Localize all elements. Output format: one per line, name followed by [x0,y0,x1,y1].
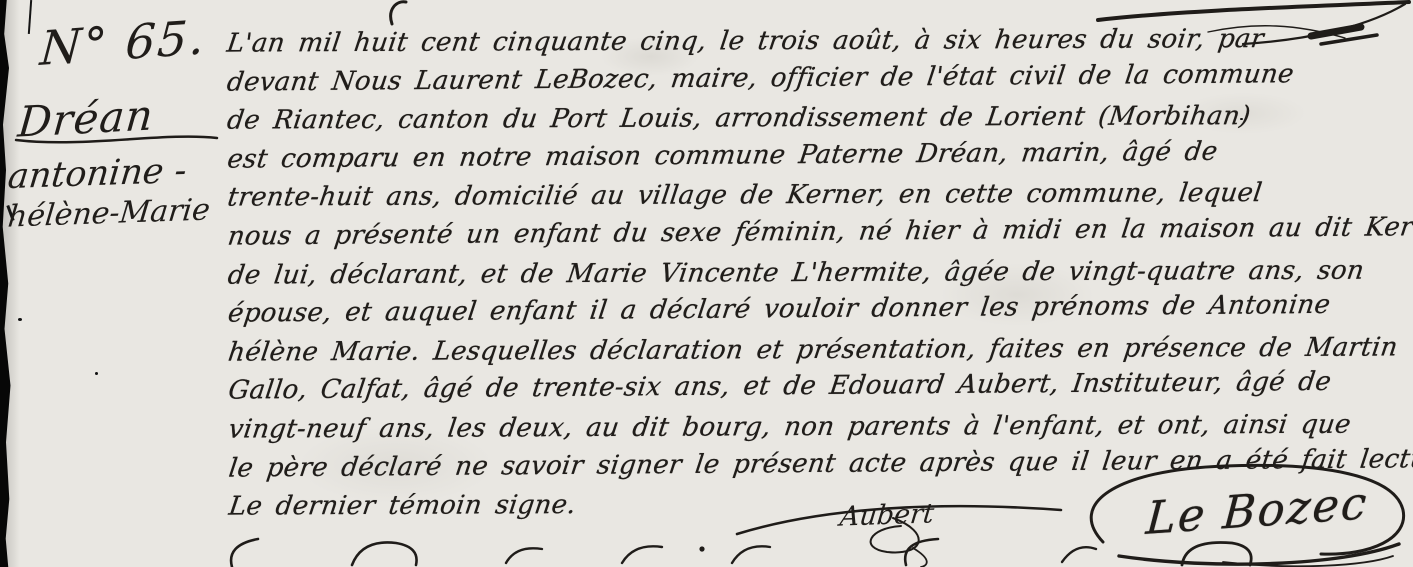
record-number: N° 65. [38,10,208,77]
cut-signature-flourish [1093,0,1413,52]
scan-speck [18,318,22,321]
act-line: est comparu en notre maison commune Pate… [225,131,1411,179]
margin-given-name-2: hélène-Marie [6,192,212,234]
pen-flourish [14,128,219,150]
cut-strokes-next-record [0,537,1413,567]
act-text-block: L'an mil huit cent cinquante cinq, le tr… [227,19,1409,526]
scan-speck [95,372,98,375]
margin-given-name-1: antonine - [6,151,189,197]
scanned-civil-record-page: N° 65. Dréan antonine - hélène-Marie L'a… [0,0,1413,567]
scan-artifact-mark [28,0,32,34]
act-line: Gallo, Calfat, âgé de trente-six ans, et… [226,363,1412,411]
cut-stroke [383,0,413,24]
act-line: nous a présenté un enfant du sexe fémini… [225,208,1411,256]
act-line: épouse, et auquel enfant il a déclaré vo… [226,285,1412,333]
scan-binding-edge [0,0,15,567]
signature-witness-name: Aubert [838,498,935,532]
